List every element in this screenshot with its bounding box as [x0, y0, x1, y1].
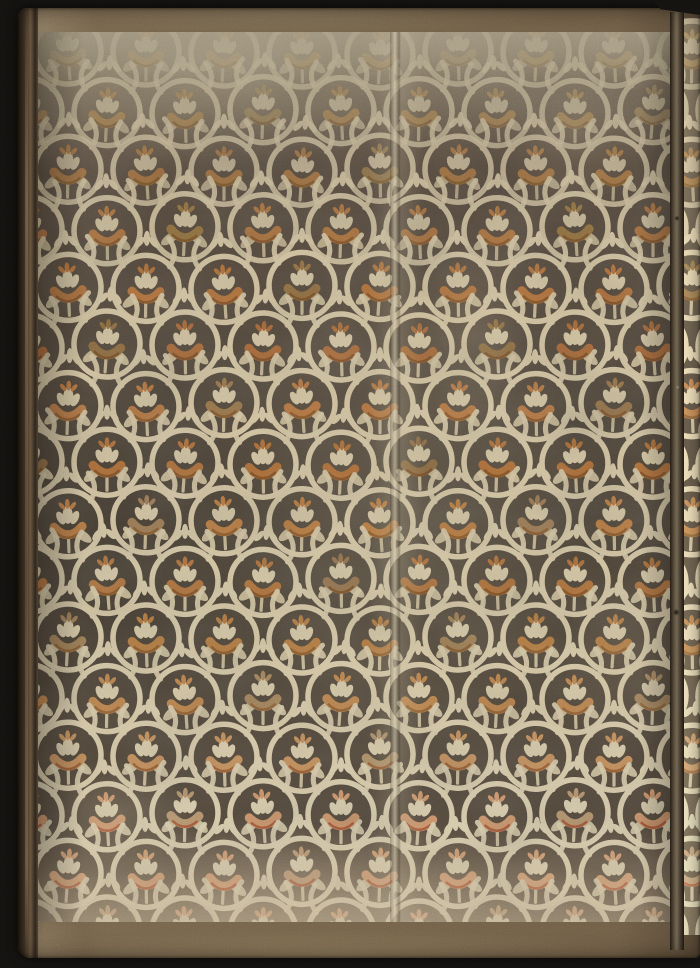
photo-backdrop	[0, 0, 700, 968]
fore-edge-strip	[684, 18, 700, 935]
spine-edge	[18, 8, 38, 958]
hinge-groove	[670, 12, 684, 950]
book-cover	[18, 8, 700, 958]
pattern-paper	[38, 32, 670, 922]
fore-edge-wash	[684, 18, 700, 935]
paper-highlight-overlay	[38, 32, 670, 922]
